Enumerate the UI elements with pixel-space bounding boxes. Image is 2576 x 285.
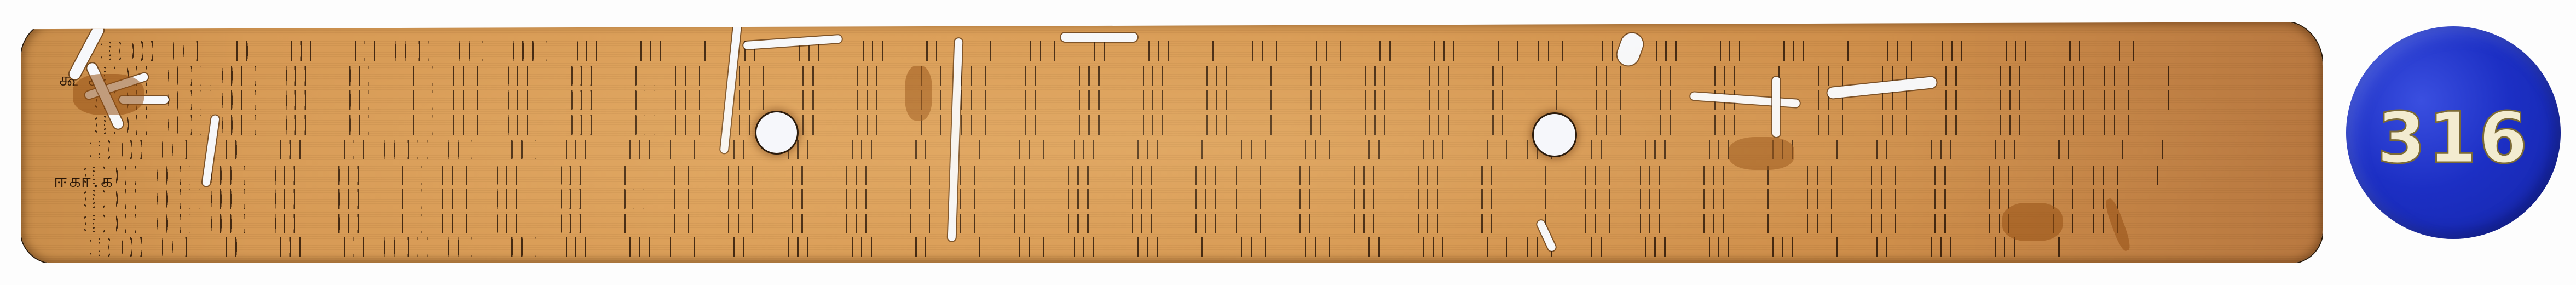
insect-damage bbox=[720, 22, 741, 153]
text-line-6 bbox=[81, 166, 2161, 185]
insect-damage bbox=[202, 115, 220, 187]
insect-damage bbox=[948, 38, 963, 241]
text-line-7 bbox=[81, 189, 2156, 209]
text-line-2 bbox=[92, 66, 2172, 86]
stain bbox=[2002, 203, 2063, 241]
text-line-4 bbox=[92, 115, 2167, 135]
stain bbox=[1729, 137, 1794, 170]
insect-damage bbox=[1061, 33, 1137, 42]
insect-damage bbox=[1772, 77, 1780, 137]
insect-damage bbox=[67, 23, 105, 82]
insect-damage bbox=[85, 61, 124, 130]
insect-damage bbox=[1690, 92, 1800, 107]
left-string-hole bbox=[756, 112, 797, 153]
margin-note-top: கூ க bbox=[59, 69, 102, 93]
text-line-8 bbox=[81, 214, 2156, 233]
margin-note-bottom: ஈகா.க bbox=[54, 170, 115, 194]
accession-number: 316 bbox=[2377, 98, 2529, 179]
insect-damage bbox=[1614, 30, 1646, 69]
text-line-1 bbox=[97, 41, 2150, 61]
right-string-hole bbox=[1534, 114, 1575, 156]
insect-damage bbox=[84, 72, 149, 100]
stain bbox=[73, 74, 144, 115]
stain bbox=[2103, 197, 2133, 252]
insect-damage bbox=[1827, 77, 1937, 99]
text-line-3 bbox=[92, 90, 2178, 110]
text-line-9 bbox=[86, 237, 2068, 257]
insect-damage bbox=[119, 96, 169, 104]
insect-damage bbox=[743, 35, 842, 50]
palm-leaf-folio: கூ க ஈகா.க bbox=[21, 22, 2323, 263]
insect-damage bbox=[1536, 219, 1557, 252]
stain bbox=[905, 66, 932, 121]
accession-number-tag: 316 bbox=[2346, 26, 2561, 239]
text-line-5 bbox=[86, 140, 2167, 159]
